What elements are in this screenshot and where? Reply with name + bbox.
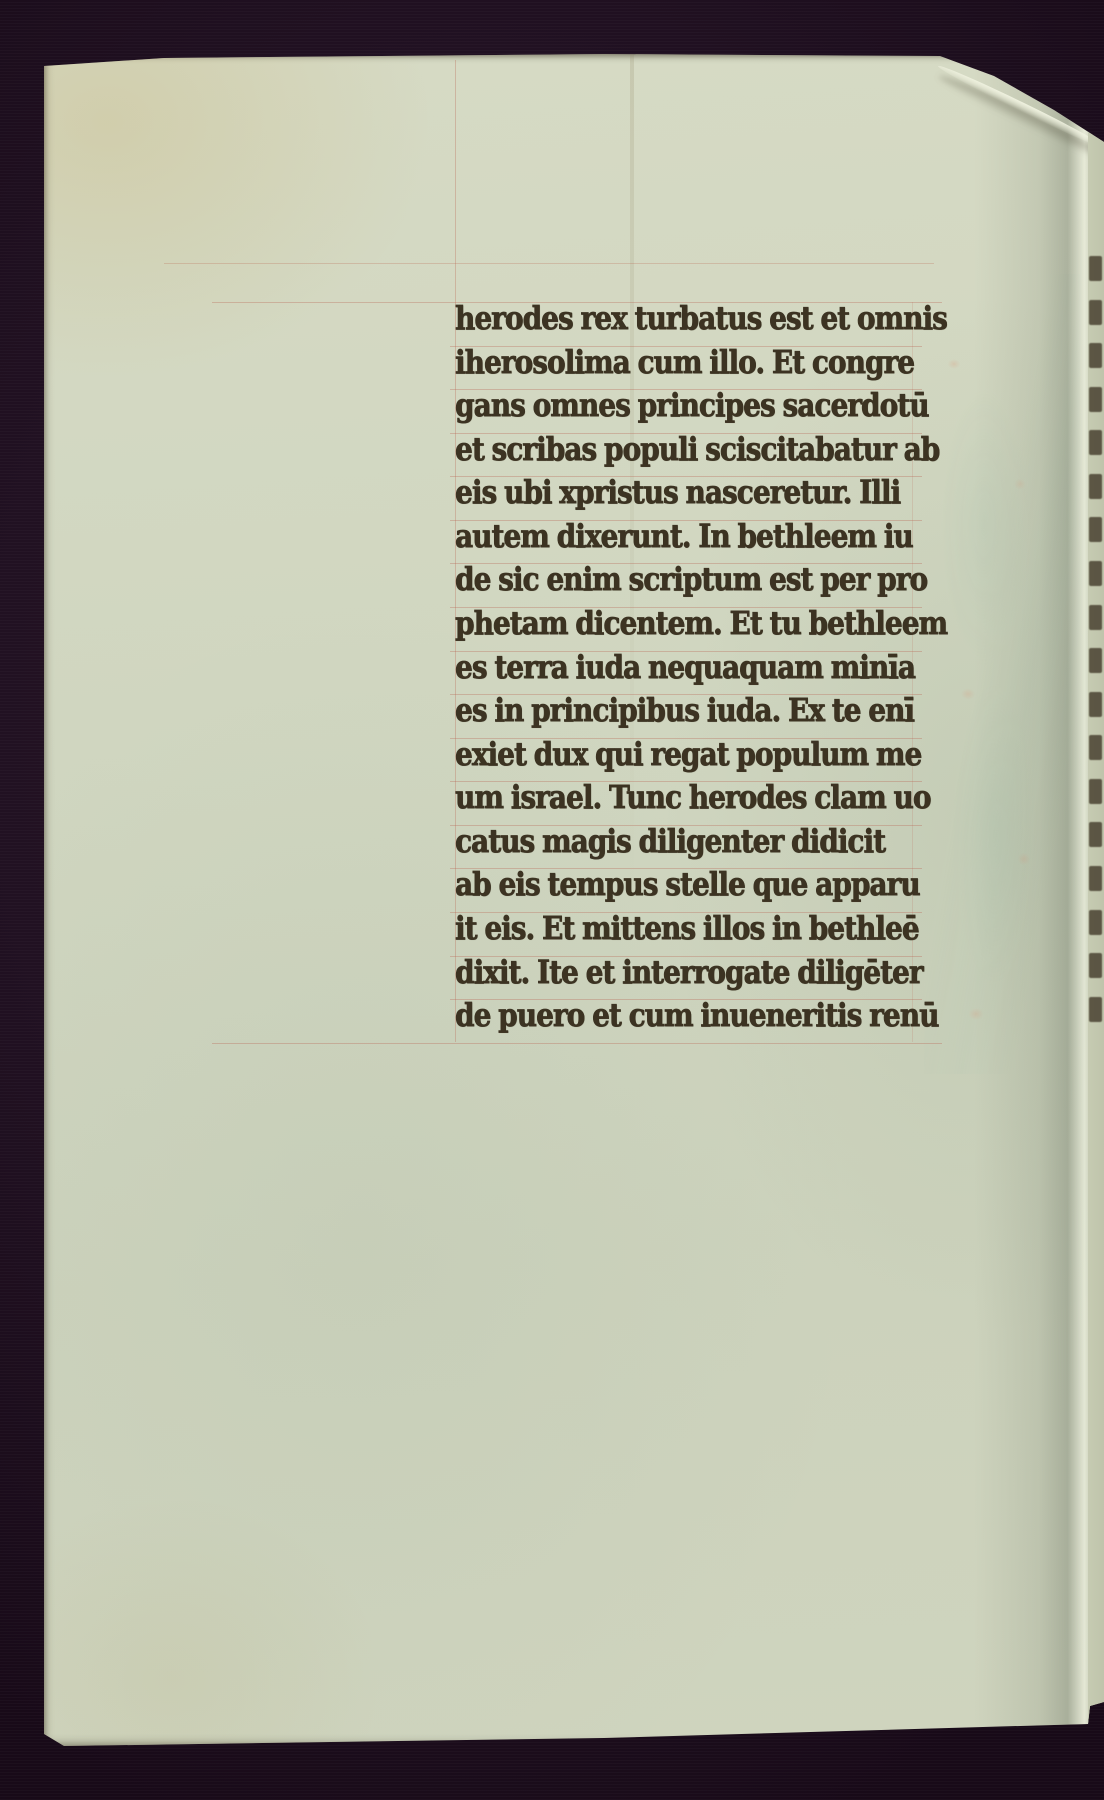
facing-page-text-mark (1089, 605, 1102, 630)
manuscript-text-line: it eis. Et mittens illos in bethleē (455, 906, 910, 956)
facing-page-text-mark (1089, 953, 1102, 978)
facing-page-text-mark (1089, 387, 1102, 412)
manuscript-text-line: gans omnes principes sacerdotū (455, 383, 910, 433)
facing-page-text-mark (1089, 822, 1102, 847)
ruling-line-long-top (164, 263, 934, 264)
facing-page-text-mark (1089, 474, 1102, 499)
manuscript-page: herodes rex turbatus est et omnisiheroso… (44, 54, 1104, 1746)
facing-page-text-mark (1089, 692, 1102, 717)
facing-page-text-mark (1089, 910, 1102, 935)
manuscript-text-line: es in principibus iuda. Ex te enī (455, 688, 910, 738)
manuscript-text-line: herodes rex turbatus est et omnis (455, 296, 910, 346)
photograph-background: herodes rex turbatus est et omnisiheroso… (0, 0, 1104, 1800)
facing-page-text-mark (1089, 561, 1102, 586)
manuscript-text-line: um israel. Tunc herodes clam uo (455, 775, 910, 825)
facing-page-text-mark (1089, 997, 1102, 1022)
manuscript-text-line: de puero et cum inueneritis renū (455, 993, 910, 1043)
facing-page-text-mark (1089, 735, 1102, 760)
fore-edge-gutter-shading (974, 54, 1104, 1746)
facing-page-text-mark (1089, 866, 1102, 891)
facing-page-text-mark (1089, 300, 1102, 325)
facing-page-text-mark (1089, 517, 1102, 542)
manuscript-text-line: phetam dicentem. Et tu bethleem (455, 601, 910, 651)
facing-page-text-mark (1089, 648, 1102, 673)
facing-page-text-mark (1089, 343, 1102, 368)
facing-page-text-mark (1089, 779, 1102, 804)
facing-page-text-mark (1089, 430, 1102, 455)
manuscript-text-line: eis ubi xpristus nasceretur. Illi (455, 470, 910, 520)
facing-page-text-mark (1089, 256, 1102, 281)
facing-page-edge (1088, 112, 1104, 1742)
